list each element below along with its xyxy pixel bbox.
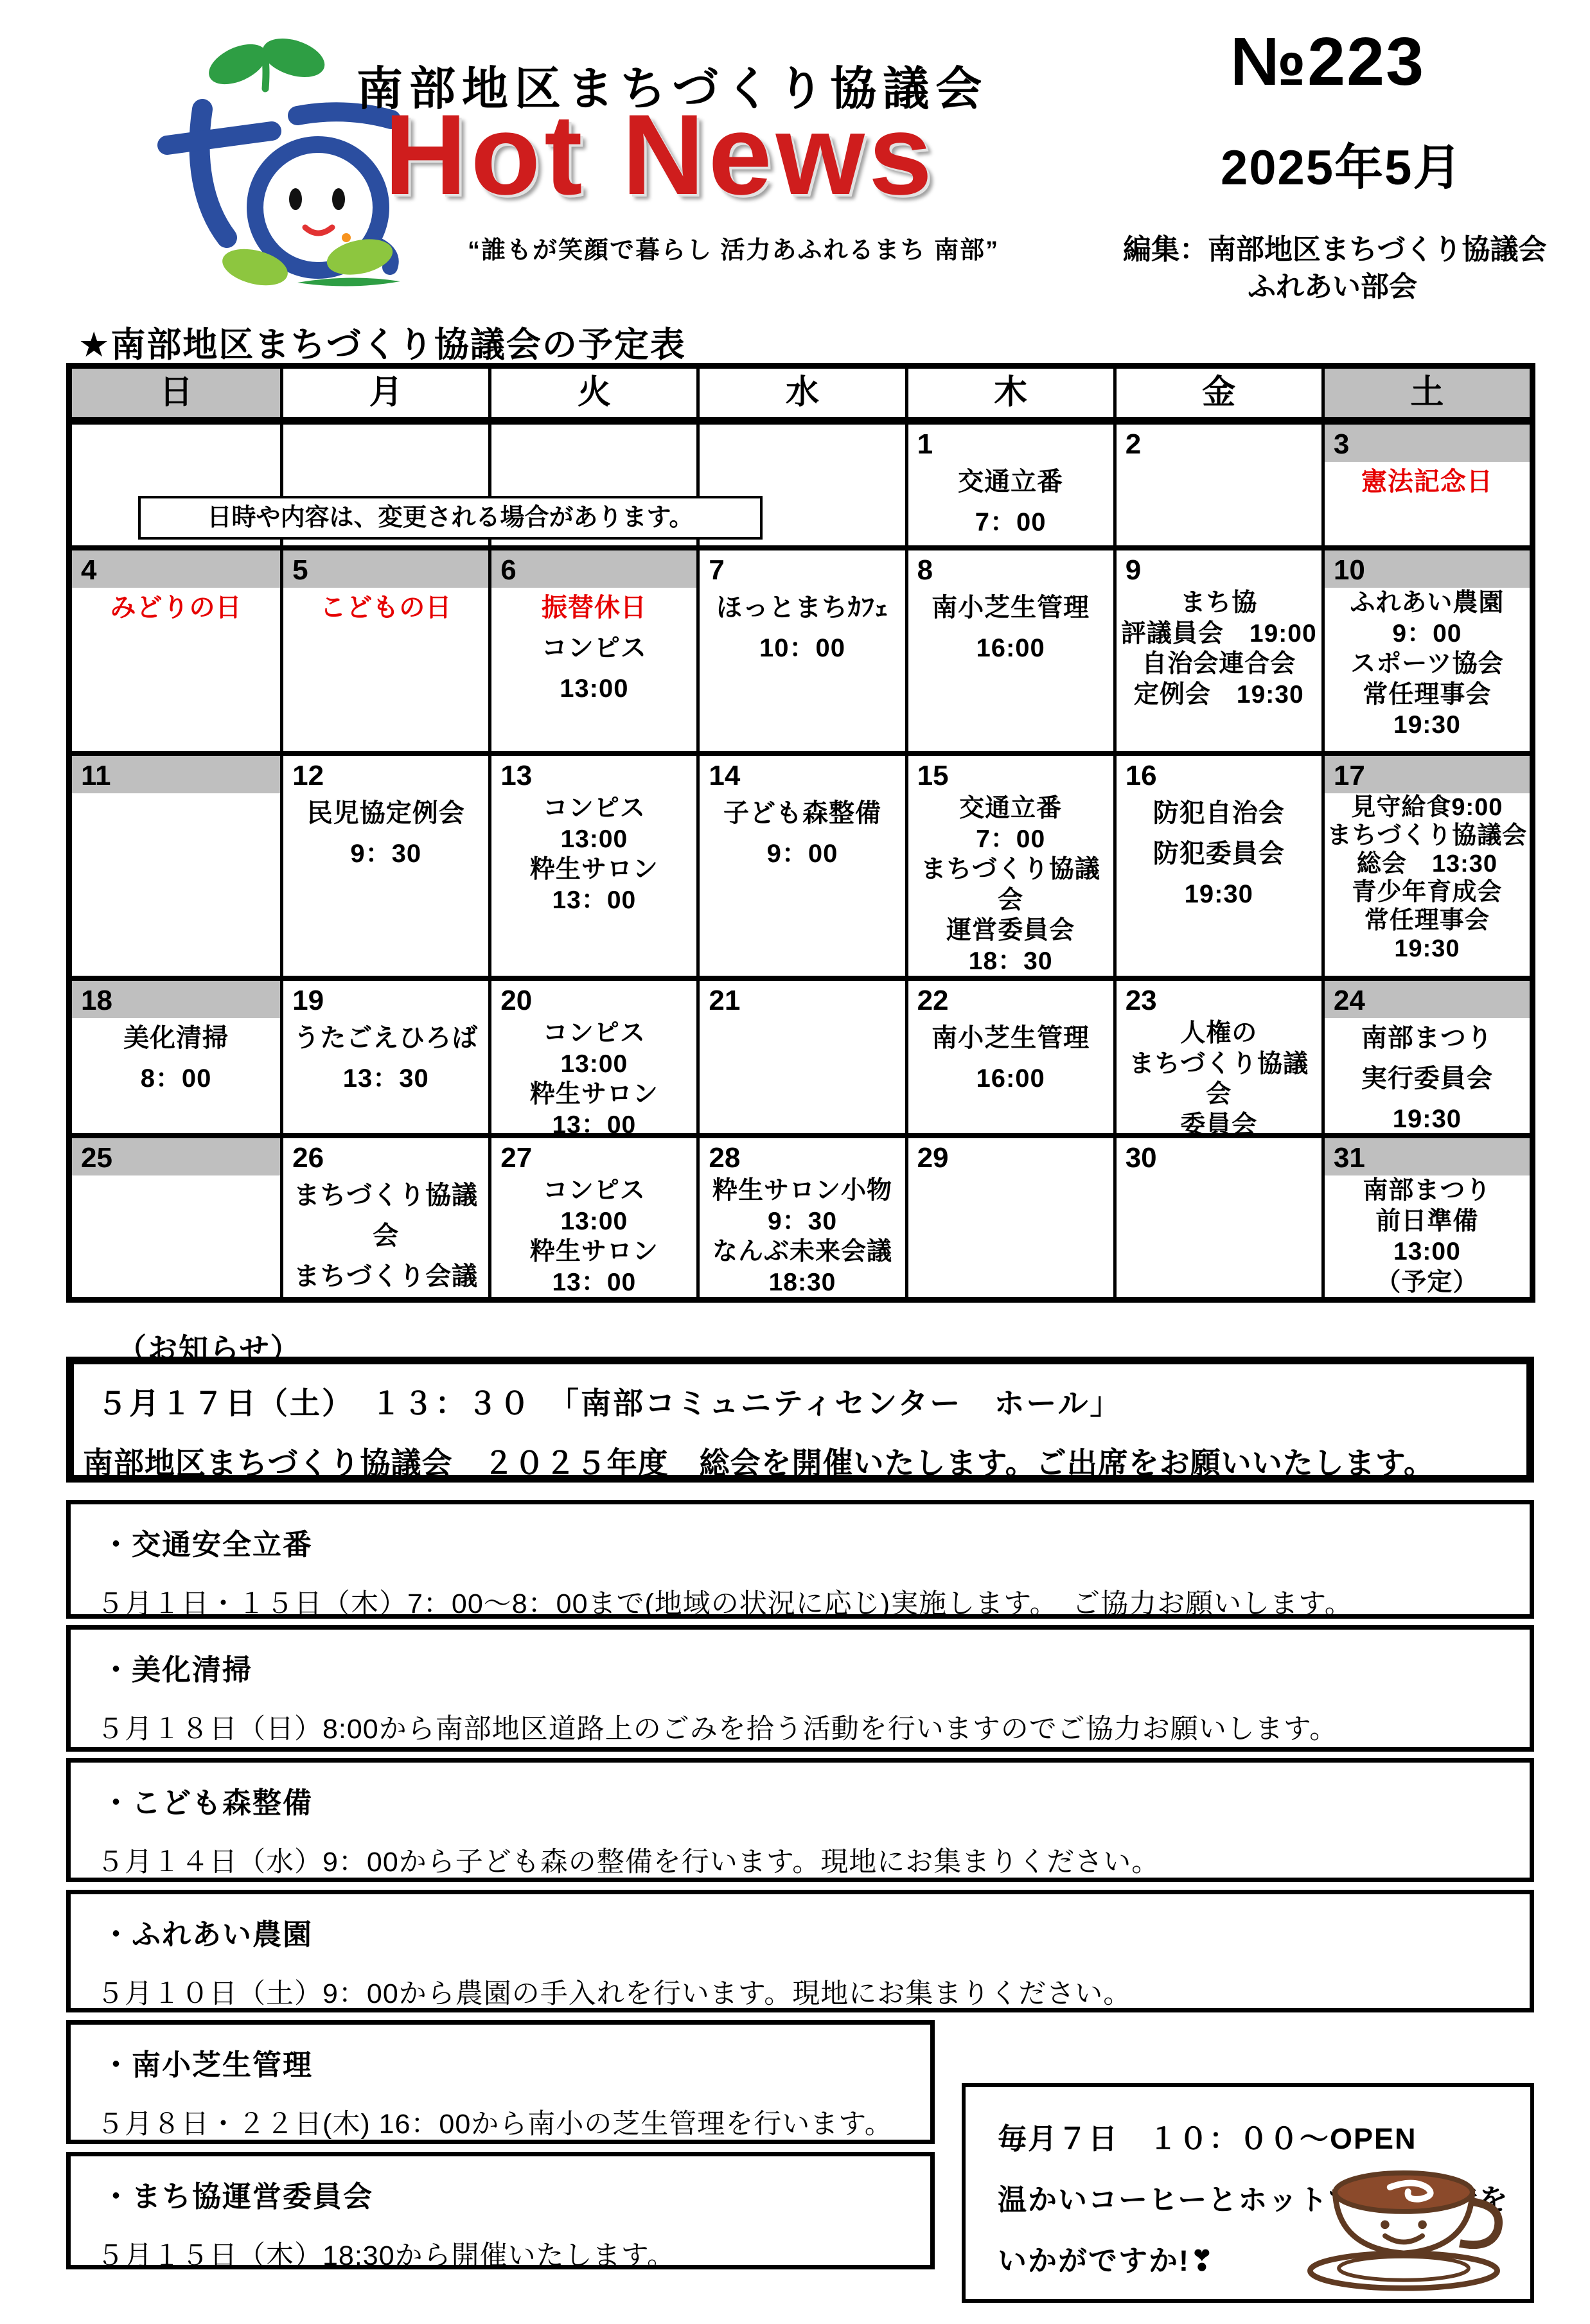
day-number-band [700, 425, 905, 462]
day-events: 美化清掃8：00 [72, 1018, 280, 1099]
day-number: 7 [709, 554, 724, 586]
calendar-day-cell-8: 8南小芝生管理16:00 [905, 550, 1113, 751]
calendar-day-cell-25: 25 [72, 1138, 280, 1297]
event-line: ふれあい農園 [1325, 588, 1530, 619]
day-number-band: 11 [72, 756, 280, 793]
calendar-note-box: 日時や内容は、変更される場合があります。 [138, 496, 763, 540]
event-line: 委員会 [1117, 1110, 1321, 1133]
event-line: 9：30 [283, 834, 488, 874]
event-line: 19:30 [1325, 710, 1530, 741]
event-line: 総会 13:30 [1325, 850, 1530, 878]
day-number: 17 [1334, 760, 1365, 791]
event-line: なんぶ未来会議 [700, 1237, 905, 1267]
event-line: 7：00 [908, 824, 1113, 855]
notice-box-traffic-safety: ・交通安全立番 ５月１日・１５日（木）7：00～8：00まで(地域の状況に応じ)… [66, 1500, 1534, 1619]
event-line: 前日準備 [1325, 1206, 1530, 1237]
day-number: 30 [1126, 1142, 1157, 1174]
event-line: うたごえひろば [283, 1018, 488, 1059]
notice-body: ５月１４日（水）9：00から子ども森の整備を行います。現地にお集まりください。 [71, 1821, 1530, 1879]
day-number-band [491, 425, 696, 462]
event-line: 振替休日 [491, 588, 696, 628]
day-number-band: 6 [491, 550, 696, 588]
notice-box-steering-committee: ・まち協運営委員会 ５月１５日（木）18:30から開催いたします。 [66, 2152, 935, 2269]
calendar-day-cell-21: 21 [696, 981, 905, 1133]
event-line: 19:30 [1117, 874, 1321, 915]
event-line: 18：30 [908, 946, 1113, 976]
event-line: まち協 [1117, 588, 1321, 619]
calendar-week-row: 1112民児協定例会9：3013コンピス13:00粋生サロン13：0014子ども… [72, 751, 1530, 976]
day-number: 25 [81, 1142, 112, 1174]
calendar-day-cell-19: 19うたごえひろば13：30 [280, 981, 488, 1133]
calendar-week-row: 18美化清掃8：0019うたごえひろば13：3020コンピス13:00粋生サロン… [72, 976, 1530, 1133]
editor-line-1: 編集：南部地区まちづくり協議会 [1123, 226, 1547, 267]
day-number: 13 [500, 760, 532, 791]
day-number: 18 [81, 985, 112, 1016]
day-number-band: 30 [1117, 1138, 1321, 1175]
calendar-day-cell-22: 22南小芝生管理16:00 [905, 981, 1113, 1133]
newsletter-title: Hot News [384, 89, 936, 220]
day-number-band: 2 [1117, 425, 1321, 462]
weekday-header: 日 [72, 369, 280, 417]
event-line: まちづくり協議会 [1325, 822, 1530, 850]
day-number-band: 12 [283, 756, 488, 793]
event-line: 南部まつり [1325, 1175, 1530, 1206]
calendar-title: ★南部地区まちづくり協議会の予定表 [78, 317, 686, 367]
calendar-day-cell-11: 11 [72, 756, 280, 976]
day-number: 9 [1126, 554, 1141, 586]
event-line: 南部まつり [1325, 1018, 1530, 1059]
calendar-day-cell-20: 20コンピス13:00粋生サロン13：00 [488, 981, 696, 1133]
weekday-header: 水 [696, 369, 905, 417]
calendar-day-cell-30: 30 [1113, 1138, 1321, 1297]
day-events: まちづくり協議会まちづくり会議18:00 [283, 1175, 488, 1297]
day-number: 3 [1334, 428, 1349, 460]
day-number-band: 8 [908, 550, 1113, 588]
day-number-band: 4 [72, 550, 280, 588]
day-events: 南部まつり実行委員会19:30 [1325, 1018, 1530, 1133]
day-number-band: 29 [908, 1138, 1113, 1175]
event-line: 常任理事会 [1325, 680, 1530, 710]
calendar-day-cell-23: 23人権のまちづくり協議会委員会19:00 [1113, 981, 1321, 1133]
event-line: 見守給食9:00 [1325, 793, 1530, 822]
tagline: “誰もが笑顔で暮らし 活力あふれるまち 南部” [468, 230, 999, 265]
day-number-band: 31 [1325, 1138, 1530, 1175]
event-line: まちづくり会議 [283, 1256, 488, 1297]
issue-date: 2025年5月 [1221, 128, 1463, 198]
event-line: 粋生サロン [491, 854, 696, 885]
day-number: 11 [81, 760, 111, 791]
event-line: まちづくり協議会 [1117, 1049, 1321, 1110]
weekday-header: 金 [1113, 369, 1321, 417]
notice-title: ・南小芝生管理 [71, 2025, 930, 2083]
event-line: 実行委員会 [1325, 1059, 1530, 1099]
calendar-day-cell-7: 7ほっとまちｶﾌｪ10：00 [696, 550, 905, 751]
event-line: 13：00 [491, 885, 696, 916]
event-line: 防犯委員会 [1117, 834, 1321, 874]
calendar-day-cell-29: 29 [905, 1138, 1113, 1297]
day-number-band: 18 [72, 981, 280, 1018]
day-number-band: 1 [908, 425, 1113, 462]
coffee-box: 毎月７日 １０：００～OPEN 温かいコーヒーとホットするひと時を いかがですか… [962, 2083, 1534, 2303]
calendar-day-cell-31: 31南部まつり前日準備13:00（予定） [1321, 1138, 1530, 1297]
day-number: 14 [709, 760, 740, 791]
day-events: 南小芝生管理16:00 [908, 588, 1113, 669]
event-line: 粋生サロン小物 [700, 1175, 905, 1206]
calendar-day-cell-16: 16防犯自治会防犯委員会19:30 [1113, 756, 1321, 976]
event-line: 粋生サロン [491, 1237, 696, 1267]
calendar-day-cell-17: 17見守給食9:00まちづくり協議会総会 13:30青少年育成会常任理事会19:… [1321, 756, 1530, 976]
event-line: コンピス [491, 1175, 696, 1206]
calendar-day-cell-27: 27コンピス13:00粋生サロン13：00 [488, 1138, 696, 1297]
event-line: 常任理事会 [1325, 906, 1530, 935]
calendar-day-cell-6: 6振替休日コンピス13:00 [488, 550, 696, 751]
notice-box-lawn-care: ・南小芝生管理 ５月８日・２２日(木) 16：00から南小の芝生管理を行います。 [66, 2020, 935, 2144]
event-line: 美化清掃 [72, 1018, 280, 1059]
calendar-day-cell-4: 4みどりの日 [72, 550, 280, 751]
calendar-day-cell-14: 14子ども森整備9：00 [696, 756, 905, 976]
day-number: 10 [1334, 554, 1365, 586]
notice-title: ・交通安全立番 [71, 1504, 1530, 1563]
event-line: 13:00 [1325, 1237, 1530, 1267]
day-number: 5 [292, 554, 308, 586]
notice-box-kodomo-forest: ・こども森整備 ５月１４日（水）9：00から子ども森の整備を行います。現地にお集… [66, 1758, 1534, 1882]
day-events: コンピス13:00粋生サロン13：00 [491, 1175, 696, 1297]
day-number: 23 [1126, 985, 1157, 1016]
notice-box-cleanup: ・美化清掃 ５月１８日（日）8:00から南部地区道路上のごみを拾う活動を行います… [66, 1625, 1534, 1752]
day-number-band: 28 [700, 1138, 905, 1175]
event-line: 民児協定例会 [283, 793, 488, 834]
event-line: 13:00 [491, 1206, 696, 1237]
weekday-header-row: 日月火水木金土 [72, 369, 1530, 417]
day-number-band: 25 [72, 1138, 280, 1175]
coffee-cup-icon [1298, 2148, 1510, 2293]
event-line: 13:00 [491, 1049, 696, 1080]
day-events: 防犯自治会防犯委員会19:30 [1117, 793, 1321, 915]
event-line: 南小芝生管理 [908, 1018, 1113, 1059]
calendar-day-cell-12: 12民児協定例会9：30 [280, 756, 488, 976]
calendar-day-cell-10: 10ふれあい農園9：00スポーツ協会常任理事会19:30 [1321, 550, 1530, 751]
day-number-band [283, 425, 488, 462]
calendar-day-cell-2: 2 [1113, 425, 1321, 545]
calendar-day-cell-18: 18美化清掃8：00 [72, 981, 280, 1133]
event-line: 交通立番 [908, 793, 1113, 824]
day-events: ほっとまちｶﾌｪ10：00 [700, 588, 905, 669]
day-events: みどりの日 [72, 588, 280, 628]
day-number: 29 [917, 1142, 949, 1174]
day-number: 2 [1126, 428, 1141, 460]
event-line: 13：00 [491, 1110, 696, 1133]
notice-body: ５月１８日（日）8:00から南部地区道路上のごみを拾う活動を行いますのでご協力お… [71, 1688, 1530, 1747]
notice-body: ５月１５日（木）18:30から開催いたします。 [71, 2215, 930, 2273]
event-line: （予定） [1325, 1267, 1530, 1297]
day-number: 22 [917, 985, 949, 1016]
day-events: 人権のまちづくり協議会委員会19:00 [1117, 1018, 1321, 1133]
event-line: 13：00 [491, 1267, 696, 1297]
event-line: 10：00 [700, 628, 905, 669]
event-line: 7：00 [908, 502, 1113, 543]
day-number-band: 9 [1117, 550, 1321, 588]
newsletter-page: 南部地区まちづくり協議会 Hot News “誰もが笑顔で暮らし 活力あふれるま… [0, 0, 1590, 2324]
notice-body: ５月８日・２２日(木) 16：00から南小の芝生管理を行います。 [71, 2083, 930, 2142]
event-line: 定例会 19:30 [1117, 680, 1321, 710]
event-line: コンピス [491, 1018, 696, 1049]
day-number: 4 [81, 554, 96, 586]
calendar-day-cell-9: 9まち協評議員会 19:00自治会連合会定例会 19:30 [1113, 550, 1321, 751]
day-number: 1 [917, 428, 933, 460]
event-line: 16:00 [908, 1059, 1113, 1099]
event-line: コンピス [491, 628, 696, 669]
day-number-band: 3 [1325, 425, 1530, 462]
day-events: うたごえひろば13：30 [283, 1018, 488, 1099]
day-number: 31 [1334, 1142, 1365, 1174]
day-events: 南小芝生管理16:00 [908, 1018, 1113, 1099]
day-number-band: 16 [1117, 756, 1321, 793]
day-number-band [72, 425, 280, 462]
event-line: 16:00 [908, 628, 1113, 669]
calendar-day-cell-28: 28粋生サロン小物9：30なんぶ未来会議18:30 [696, 1138, 905, 1297]
day-number-band: 15 [908, 756, 1113, 793]
event-line: 人権の [1117, 1018, 1321, 1049]
event-line: スポーツ協会 [1325, 649, 1530, 680]
day-number-band: 17 [1325, 756, 1530, 793]
event-line: 18:30 [700, 1267, 905, 1297]
day-events: まち協評議員会 19:00自治会連合会定例会 19:30 [1117, 588, 1321, 710]
calendar-day-cell-1: 1交通立番7：00 [905, 425, 1113, 545]
calendar-week-row: 2526まちづくり協議会まちづくり会議18:0027コンピス13:00粋生サロン… [72, 1133, 1530, 1297]
event-line: 南小芝生管理 [908, 588, 1113, 628]
event-line: 13:00 [491, 669, 696, 709]
notice-body: ５月１日・１５日（木）7：00～8：00まで(地域の状況に応じ)実施します。 ご… [71, 1563, 1530, 1621]
day-events: 民児協定例会9：30 [283, 793, 488, 874]
day-events: 粋生サロン小物9：30なんぶ未来会議18:30 [700, 1175, 905, 1297]
event-line: こどもの日 [283, 588, 488, 628]
day-number: 21 [709, 985, 740, 1016]
event-line: みどりの日 [72, 588, 280, 628]
day-events: 振替休日コンピス13:00 [491, 588, 696, 710]
event-line: 子ども森整備 [700, 793, 905, 834]
event-line: 9：30 [700, 1206, 905, 1237]
weekday-header: 木 [905, 369, 1113, 417]
day-number: 8 [917, 554, 933, 586]
event-line: 防犯自治会 [1117, 793, 1321, 834]
event-line: ほっとまちｶﾌｪ [700, 588, 905, 628]
day-events: ふれあい農園9：00スポーツ協会常任理事会19:30 [1325, 588, 1530, 741]
event-line: 19:30 [1325, 935, 1530, 963]
day-number: 16 [1126, 760, 1157, 791]
event-line: 交通立番 [908, 462, 1113, 502]
day-number-band: 26 [283, 1138, 488, 1175]
weekday-header: 火 [488, 369, 696, 417]
notice-body: ５月１０日（土）9：00から農園の手入れを行います。現地にお集まりください。 [71, 1953, 1530, 2011]
notice-title: ・まち協運営委員会 [71, 2156, 930, 2215]
day-events: 南部まつり前日準備13:00（予定） [1325, 1175, 1530, 1297]
event-line: 運営委員会 [908, 915, 1113, 946]
day-events: 子ども森整備9：00 [700, 793, 905, 874]
calendar-day-cell-13: 13コンピス13:00粋生サロン13：00 [488, 756, 696, 976]
notice-title: ・こども森整備 [71, 1763, 1530, 1821]
announcement-line-1: ５月１７日（土） １３：３０ 「南部コミュニティセンター ホール」 [74, 1364, 1526, 1423]
day-number-band: 13 [491, 756, 696, 793]
event-line: 評議員会 19:00 [1117, 619, 1321, 649]
calendar-day-cell-26: 26まちづくり協議会まちづくり会議18:00 [280, 1138, 488, 1297]
day-number-band: 19 [283, 981, 488, 1018]
event-line: 13：30 [283, 1059, 488, 1099]
day-number-band: 27 [491, 1138, 696, 1175]
day-number-band: 23 [1117, 981, 1321, 1018]
day-number-band: 10 [1325, 550, 1530, 588]
day-number: 27 [500, 1142, 532, 1174]
editor-line-2: ふれあい部会 [1248, 263, 1417, 304]
day-number: 15 [917, 760, 949, 791]
notice-title: ・ふれあい農園 [71, 1894, 1530, 1953]
coffee-line-1: 毎月７日 １０：００～OPEN [966, 2087, 1530, 2157]
day-events: 交通立番7：00 [908, 462, 1113, 543]
day-number: 24 [1334, 985, 1365, 1016]
calendar-day-cell-15: 15交通立番7：00まちづくり協議会運営委員会18：30 [905, 756, 1113, 976]
day-events: 交通立番7：00まちづくり協議会運営委員会18：30 [908, 793, 1113, 976]
day-number: 6 [500, 554, 516, 586]
day-number-band: 20 [491, 981, 696, 1018]
day-number-band: 7 [700, 550, 905, 588]
event-line: 青少年育成会 [1325, 878, 1530, 906]
event-line: 13:00 [491, 824, 696, 855]
day-number-band: 22 [908, 981, 1113, 1018]
announcement-line-2: 南部地区まちづくり協議会 ２０２５年度 総会を開催いたします。ご出席をお願いいた… [74, 1423, 1526, 1483]
day-events: こどもの日 [283, 588, 488, 628]
event-line: コンピス [491, 793, 696, 824]
calendar-day-cell-24: 24南部まつり実行委員会19:30 [1321, 981, 1530, 1133]
calendar-day-cell-5: 5こどもの日 [280, 550, 488, 751]
day-number-band: 5 [283, 550, 488, 588]
event-line: 9：00 [1325, 619, 1530, 649]
event-line: 憲法記念日 [1325, 462, 1530, 502]
announcement-box: ５月１７日（土） １３：３０ 「南部コミュニティセンター ホール」 南部地区まち… [66, 1357, 1534, 1483]
day-events: 見守給食9:00まちづくり協議会総会 13:30青少年育成会常任理事会19:30 [1325, 793, 1530, 963]
day-events: 憲法記念日 [1325, 462, 1530, 502]
day-events: コンピス13:00粋生サロン13：00 [491, 1018, 696, 1133]
event-line: 粋生サロン [491, 1079, 696, 1110]
weekday-header: 月 [280, 369, 488, 417]
day-number: 19 [292, 985, 324, 1016]
event-line: 9：00 [700, 834, 905, 874]
day-number: 12 [292, 760, 324, 791]
weekday-header: 土 [1321, 369, 1530, 417]
notice-title: ・美化清掃 [71, 1630, 1530, 1688]
event-line: 19:30 [1325, 1099, 1530, 1133]
event-line: 8：00 [72, 1059, 280, 1099]
event-line: 自治会連合会 [1117, 649, 1321, 680]
day-number-band: 14 [700, 756, 905, 793]
calendar-day-cell-3: 3憲法記念日 [1321, 425, 1530, 545]
day-number: 26 [292, 1142, 324, 1174]
calendar-week-row: 4みどりの日5こどもの日6振替休日コンピス13:007ほっとまちｶﾌｪ10：00… [72, 545, 1530, 751]
day-number-band: 24 [1325, 981, 1530, 1018]
day-number: 28 [709, 1142, 740, 1174]
issue-number: №223 [1230, 23, 1425, 101]
notice-box-fureai-farm: ・ふれあい農園 ５月１０日（土）9：00から農園の手入れを行います。現地にお集ま… [66, 1890, 1534, 2012]
event-line: まちづくり協議会 [908, 854, 1113, 915]
day-number: 20 [500, 985, 532, 1016]
day-events: コンピス13:00粋生サロン13：00 [491, 793, 696, 915]
event-line: まちづくり協議会 [283, 1175, 488, 1256]
day-number-band: 21 [700, 981, 905, 1018]
